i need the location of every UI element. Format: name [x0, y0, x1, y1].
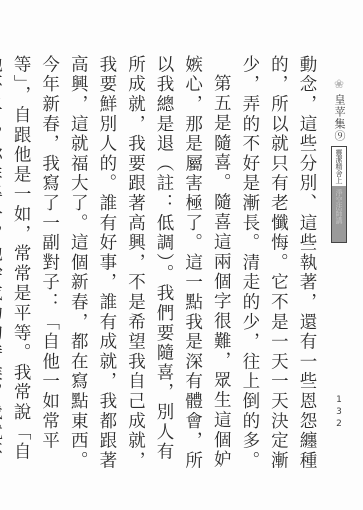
running-header: ❀ 皇苹集⑨ 靈潔精舍上 淨空法師講 — [327, 78, 351, 243]
series-label: 靈潔精舍上 — [333, 147, 345, 186]
paragraph-2: 第五是隨喜。隨喜這兩個字很難，眾生這個妒嫉心，那是屬害極了。這一點我是深有體會，… — [0, 55, 235, 480]
series-band: 淨空法師講 — [332, 186, 346, 242]
series-band-text: 淨空法師講 — [333, 186, 345, 242]
book-page: ❀ 皇苹集⑨ 靈潔精舍上 淨空法師講 132 動念，這些分別、這些執著，還有一些… — [0, 0, 363, 510]
paragraph-1: 動念，這些分別、這些執著，還有一些恩怨纏種的，所以就只有老懺悔。它不是一天一天決… — [235, 55, 321, 480]
series-label-box: 靈潔精舍上 淨空法師講 — [331, 146, 347, 243]
decorative-flower-icon: ❀ — [331, 78, 347, 90]
body-text: 動念，這些分別、這些執著，還有一些恩怨纏種的，所以就只有老懺悔。它不是一天一天決… — [0, 55, 321, 480]
book-title: 皇苹集⑨ — [332, 94, 346, 142]
page-number: 132 — [334, 395, 344, 431]
